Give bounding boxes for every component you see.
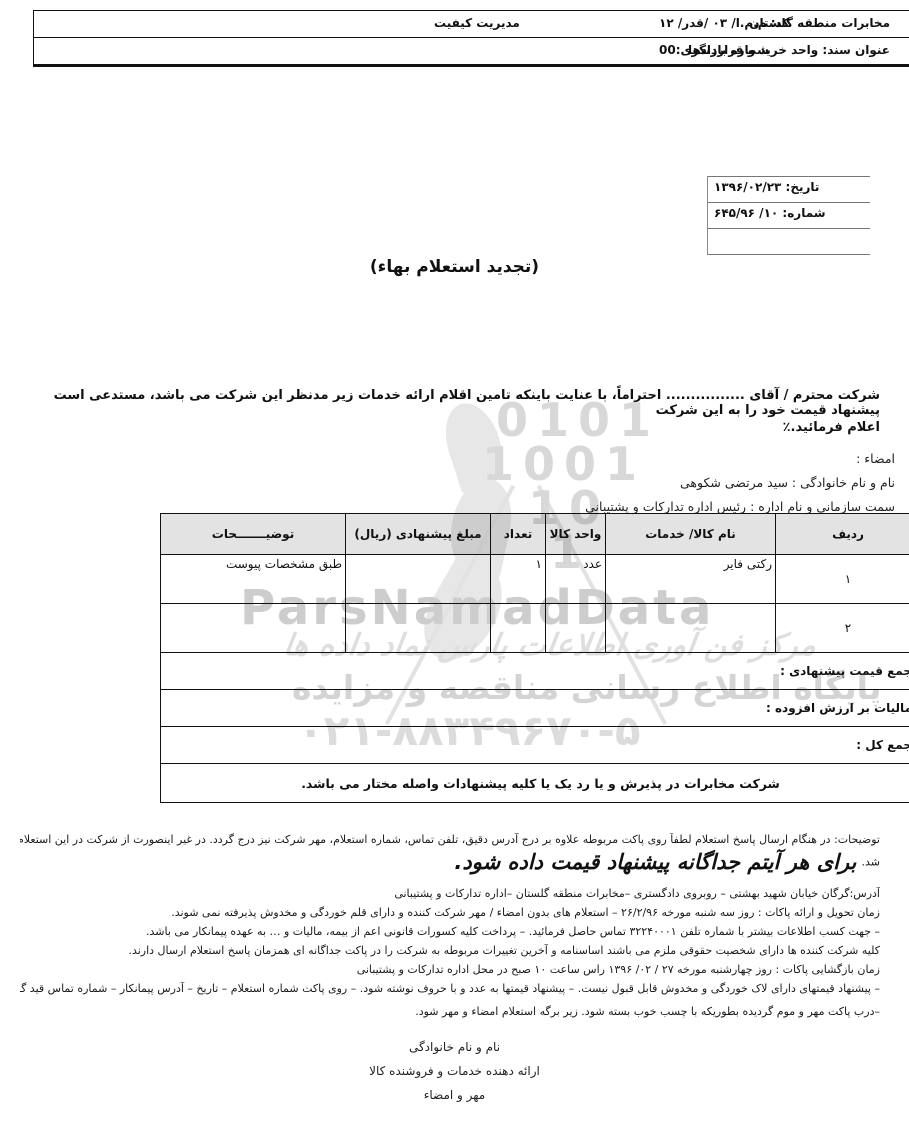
note-opening-date: ۱۳۹۶ /۰۲ / ۲۷: [608, 963, 673, 976]
cell-row-number: ۱: [776, 555, 909, 604]
grand-total-row: جمع کل :: [161, 727, 909, 764]
grand-total-label: جمع کل :: [161, 727, 909, 764]
col-header-row-number: ردیف: [776, 514, 909, 555]
cell-notes: طبق مشخصات پیوست: [161, 555, 346, 604]
note-address: آدرس:گرگان خیابان شهید بهشتی – روبروی دا…: [20, 887, 880, 900]
col-header-proposed-amount: مبلغ پیشنهادی (ریال): [346, 514, 491, 555]
number-value: ۶۴۵/۹۶ /۱۰: [714, 206, 778, 220]
cell-row-number: ۲: [776, 604, 909, 653]
footer-name-label: نام و نام خانوادگی: [37, 1040, 872, 1054]
table-row: ۲: [161, 604, 909, 653]
items-table: ردیف نام کالا/ خدمات واحد کالا تعداد مبل…: [160, 513, 909, 803]
note-opening-prefix: زمان بازگشایی پاکات : روز چهارشنبه مورخه: [677, 963, 880, 976]
page-title: (تجدید استعلام بهاء): [37, 257, 872, 277]
cell-quantity: ۱: [491, 555, 546, 604]
cell-notes: [161, 604, 346, 653]
note-delivery-suffix: – استعلام های بدون امضاء / مهر شرکت کنند…: [171, 906, 617, 919]
total-proposed-price-label: جمع قیمت پیشنهادی :: [161, 653, 909, 690]
cell-quantity: [491, 604, 546, 653]
document-content: مخابرات منطقه گلستان مدیریت کیفیت کد: م.…: [0, 0, 909, 1144]
empty-meta-row: [708, 228, 870, 255]
footer-seal-label: مهر و امضاء: [37, 1088, 872, 1102]
document-header-table: مخابرات منطقه گلستان مدیریت کیفیت کد: م.…: [33, 10, 909, 67]
note-delivery-time: زمان تحویل و ارائه پاکات : روز سه شنبه م…: [20, 906, 880, 919]
department-name: مدیریت کیفیت: [434, 16, 520, 30]
signature-label: امضاء :: [856, 451, 895, 466]
date-label: تاریخ:: [786, 180, 820, 194]
acceptance-note-row: شرکت مخابرات در پذیرش و یا رد یک یا کلیه…: [161, 764, 909, 803]
items-table-header-row: ردیف نام کالا/ خدمات واحد کالا تعداد مبل…: [161, 514, 909, 555]
header-row-1: مخابرات منطقه گلستان مدیریت کیفیت کد: م.…: [34, 11, 909, 38]
note-opening-time: زمان بازگشایی پاکات : روز چهارشنبه مورخه…: [20, 963, 880, 976]
note-separate-quote-prefix: شد.: [862, 856, 881, 869]
revision-number: شماره بازنگری:00: [659, 43, 769, 57]
date-number-box: تاریخ: ۱۳۹۶/۰۲/۲۳ شماره: ۶۴۵/۹۶ /۱۰: [707, 176, 870, 255]
acceptance-note: شرکت مخابرات در پذیرش و یا رد یک یا کلیه…: [161, 764, 909, 803]
signer-name: نام و نام خانوادگی : سید مرتضی شکوهی: [680, 475, 895, 490]
table-row: ۱ رکتی فایر عدد ۱ طبق مشخصات پیوست: [161, 555, 909, 604]
note-separate-quote-text: برای هر آیتم جداگانه پیشنهاد قیمت داده ش…: [454, 850, 856, 874]
footer-provider-label: ارائه دهنده خدمات و فروشنده کالا: [37, 1064, 872, 1078]
vat-row: مالیات بر ارزش افزوده :: [161, 690, 909, 727]
scanned-inquiry-document: 0101 1001 10 1 ParsNamadData مرکز فن آور…: [0, 0, 909, 1144]
cell-proposed-amount: [346, 555, 491, 604]
cell-unit: [546, 604, 606, 653]
date-value: ۱۳۹۶/۰۲/۲۳: [714, 180, 781, 194]
intro-paragraph-line1: شرکت محترم / آقای ................ احترا…: [20, 388, 880, 418]
total-proposed-price-row: جمع قیمت پیشنهادی :: [161, 653, 909, 690]
header-row-2: عنوان سند: واحد خرید و قراردادها شماره ب…: [34, 38, 909, 67]
vat-label: مالیات بر ارزش افزوده :: [161, 690, 909, 727]
note-seal-envelope: –درب پاکت مهر و موم گردیده بطوریکه با چس…: [20, 1005, 880, 1018]
note-legal-entity: کلیه شرکت کننده ها دارای شخصیت حقوقی ملز…: [20, 944, 880, 957]
note-price-writing: – پیشنهاد قیمتهای دارای لاک خوردگی و مخد…: [20, 982, 880, 995]
document-code: کد: م.م.ا/ ۰۳ /قدر/ ۱۲: [659, 16, 789, 30]
number-label: شماره:: [782, 206, 825, 220]
cell-item-name: [606, 604, 776, 653]
cell-proposed-amount: [346, 604, 491, 653]
note-envelope: توضیحات: در هنگام ارسال پاسخ استعلام لطف…: [20, 833, 880, 846]
note-phone-and-deductions: – جهت کسب اطلاعات بیشتر با شماره تلفن ۳۲…: [20, 925, 880, 938]
note-delivery-prefix: زمان تحویل و ارائه پاکات : روز سه شنبه م…: [662, 906, 881, 919]
date-row: تاریخ: ۱۳۹۶/۰۲/۲۳: [708, 176, 870, 202]
col-header-item-name: نام کالا/ خدمات: [606, 514, 776, 555]
cell-unit: عدد: [546, 555, 606, 604]
number-row: شماره: ۶۴۵/۹۶ /۱۰: [708, 202, 870, 228]
note-delivery-date: ۲۶/۲/۹۶: [621, 906, 658, 919]
note-opening-suffix: راس ساعت ۱۰ صبح در محل اداره تدارکات و پ…: [357, 963, 605, 976]
col-header-notes: توضیـــــــحات: [161, 514, 346, 555]
intro-paragraph-line2: اعلام فرمائید.٪: [20, 420, 880, 435]
signer-position: سمت سازمانی و نام اداره : رئیس اداره تدا…: [585, 499, 895, 514]
cell-item-name: رکتی فایر: [606, 555, 776, 604]
col-header-unit: واحد کالا: [546, 514, 606, 555]
note-separate-quote: شد. برای هر آیتم جداگانه پیشنهاد قیمت دا…: [20, 850, 880, 874]
col-header-quantity: تعداد: [491, 514, 546, 555]
